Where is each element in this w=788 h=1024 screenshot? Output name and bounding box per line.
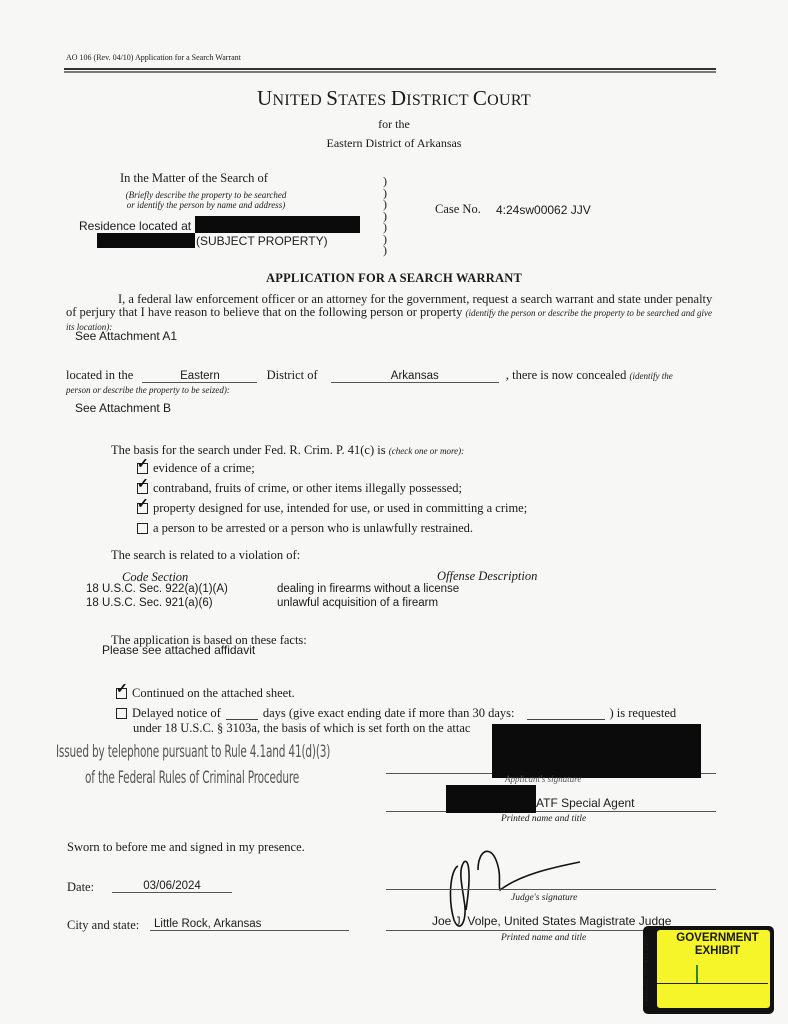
violation-offense: unlawful acquisition of a firearm bbox=[277, 597, 438, 609]
violation-code: 18 U.S.C. Sec. 922(a)(1)(A) bbox=[86, 583, 277, 595]
subject-property-label: (SUBJECT PROPERTY) bbox=[196, 234, 328, 248]
city-state-field: Little Rock, Arkansas bbox=[150, 918, 349, 931]
case-number: 4:24sw00062 JJV bbox=[496, 203, 591, 217]
basis-option-label: property designed for use, intended for … bbox=[153, 501, 527, 516]
basis-option-label: a person to be arrested or a person who … bbox=[153, 521, 473, 536]
court-title-part: ISTRICT bbox=[406, 92, 473, 109]
application-title: APPLICATION FOR A SEARCH WARRANT bbox=[0, 271, 788, 286]
continued-checkbox-row: Continued on the attached sheet. bbox=[116, 686, 295, 701]
redaction-applicant-name bbox=[446, 785, 536, 813]
date-field: 03/06/2024 bbox=[112, 880, 232, 893]
basis-option: contraband, fruits of crime, or other it… bbox=[137, 481, 462, 496]
basis-option-checkbox[interactable] bbox=[137, 483, 148, 494]
district-of-label: District of bbox=[267, 368, 318, 382]
delayed-date-field[interactable] bbox=[527, 707, 605, 720]
basis-intro-text: The basis for the search under Fed. R. C… bbox=[111, 443, 389, 457]
basis-option-checkbox[interactable] bbox=[137, 463, 148, 474]
basis-option-checkbox[interactable] bbox=[137, 503, 148, 514]
located-in-label: located in the bbox=[66, 368, 133, 382]
form-identifier: AO 106 (Rev. 04/10) Application for a Se… bbox=[66, 53, 241, 62]
violation-row: 18 U.S.C. Sec. 921(a)(6)unlawful acquisi… bbox=[86, 597, 438, 609]
applicant-name-line bbox=[386, 811, 716, 812]
matter-label: In the Matter of the Search of bbox=[120, 171, 268, 186]
application-paragraph: I, a federal law enforcement officer or … bbox=[66, 293, 714, 334]
matter-hint-line: or identify the person by name and addre… bbox=[96, 200, 316, 210]
violation-intro: The search is related to a violation of: bbox=[111, 548, 300, 563]
telephone-issuance-stamp: Issued by telephone pursuant to Rule 4.1… bbox=[56, 742, 330, 762]
located-state-field: Arkansas bbox=[331, 370, 499, 383]
court-title-part: TATES bbox=[338, 92, 391, 109]
basis-option: evidence of a crime; bbox=[137, 461, 255, 476]
matter-hint: (Briefly describe the property to be sea… bbox=[96, 190, 316, 210]
basis-option-label: contraband, fruits of crime, or other it… bbox=[153, 481, 462, 496]
court-title-part: U bbox=[257, 86, 272, 110]
located-district-field: Eastern bbox=[142, 370, 257, 383]
exhibit-number-mark bbox=[696, 965, 698, 983]
sworn-statement: Sworn to before me and signed in my pres… bbox=[67, 840, 305, 855]
delayed-notice-label-3: ) is requested bbox=[610, 706, 677, 721]
offense-description-header: Offense Description bbox=[437, 569, 537, 584]
residence-label: Residence located at bbox=[79, 219, 191, 233]
delayed-notice-label-2: days (give exact ending date if more tha… bbox=[263, 706, 515, 721]
exhibit-title-line-1: GOVERNMENT bbox=[661, 932, 774, 945]
case-number-label: Case No. bbox=[435, 202, 481, 217]
court-title-part: OURT bbox=[487, 92, 531, 109]
violation-offense: dealing in firearms without a license bbox=[277, 583, 459, 595]
continued-label: Continued on the attached sheet. bbox=[132, 686, 295, 701]
judge-printed-name-label: Printed name and title bbox=[501, 933, 586, 943]
district-name: Eastern District of Arkansas bbox=[0, 136, 788, 151]
basis-intro: The basis for the search under Fed. R. C… bbox=[111, 443, 464, 458]
violation-code: 18 U.S.C. Sec. 921(a)(6) bbox=[86, 597, 277, 609]
judge-signature-line bbox=[386, 889, 716, 890]
attachment-b-reference: See Attachment B bbox=[75, 401, 171, 415]
violation-row: 18 U.S.C. Sec. 922(a)(1)(A)dealing in fi… bbox=[86, 583, 459, 595]
court-title: UNITED STATES DISTRICT COURT bbox=[0, 86, 788, 111]
government-exhibit-sticker: PENGAD 800-631-6989 GOVERNMENT EXHIBIT bbox=[643, 926, 774, 1014]
basis-option: a person to be arrested or a person who … bbox=[137, 521, 473, 536]
redaction-applicant-signature bbox=[492, 724, 701, 778]
header-rule bbox=[64, 71, 716, 73]
exhibit-title-line-2: EXHIBIT bbox=[661, 945, 774, 958]
delayed-days-field[interactable] bbox=[226, 707, 258, 720]
facts-value: Please see attached affidavit bbox=[102, 643, 255, 657]
court-title-part: NITED bbox=[273, 92, 327, 109]
redaction-address-2 bbox=[97, 233, 195, 248]
caption-parentheses: ) ) ) ) ) ) ) bbox=[383, 176, 387, 257]
delayed-notice-label: Delayed notice of bbox=[132, 706, 221, 721]
delayed-notice-row: Delayed notice of days (give exact endin… bbox=[116, 706, 676, 721]
basis-intro-hint: (check one or more): bbox=[389, 446, 464, 456]
header-rule bbox=[64, 68, 716, 70]
applicant-printed-name-label: Printed name and title bbox=[501, 814, 586, 824]
exhibit-vendor-label: PENGAD 800-631-6989 bbox=[643, 922, 650, 1006]
concealed-hint: (identify the bbox=[629, 371, 672, 381]
court-title-part: C bbox=[473, 86, 487, 110]
attachment-a-reference: See Attachment A1 bbox=[75, 329, 177, 343]
basis-option: property designed for use, intended for … bbox=[137, 501, 527, 516]
delayed-notice-line-2: under 18 U.S.C. § 3103a, the basis of wh… bbox=[133, 721, 470, 736]
redaction-address bbox=[195, 216, 360, 233]
exhibit-number-line bbox=[657, 983, 768, 984]
basis-option-label: evidence of a crime; bbox=[153, 461, 255, 476]
concealed-hint-line-2: person or describe the property to be se… bbox=[66, 385, 230, 395]
date-label: Date: bbox=[67, 880, 94, 895]
location-line: located in the Eastern District of Arkan… bbox=[66, 368, 726, 383]
concealed-label: , there is now concealed bbox=[506, 368, 626, 382]
basis-option-checkbox[interactable] bbox=[137, 523, 148, 534]
judge-signature-label: Judge's signature bbox=[511, 893, 577, 903]
city-state-label: City and state: bbox=[67, 918, 139, 933]
applicant-title: ATF Special Agent bbox=[536, 796, 635, 810]
continued-checkbox[interactable] bbox=[116, 688, 127, 699]
judge-printed-name: Joe J. Volpe, United States Magistrate J… bbox=[432, 914, 671, 928]
court-title-part: S bbox=[326, 86, 338, 110]
for-the-label: for the bbox=[0, 117, 788, 132]
court-title-part: D bbox=[391, 86, 406, 110]
applicant-signature-label: Applicant's signature bbox=[505, 774, 581, 784]
telephone-issuance-stamp-line-2: of the Federal Rules of Criminal Procedu… bbox=[85, 768, 299, 788]
matter-hint-line: (Briefly describe the property to be sea… bbox=[96, 190, 316, 200]
delayed-notice-checkbox[interactable] bbox=[116, 708, 127, 719]
exhibit-title: GOVERNMENT EXHIBIT bbox=[661, 932, 774, 958]
